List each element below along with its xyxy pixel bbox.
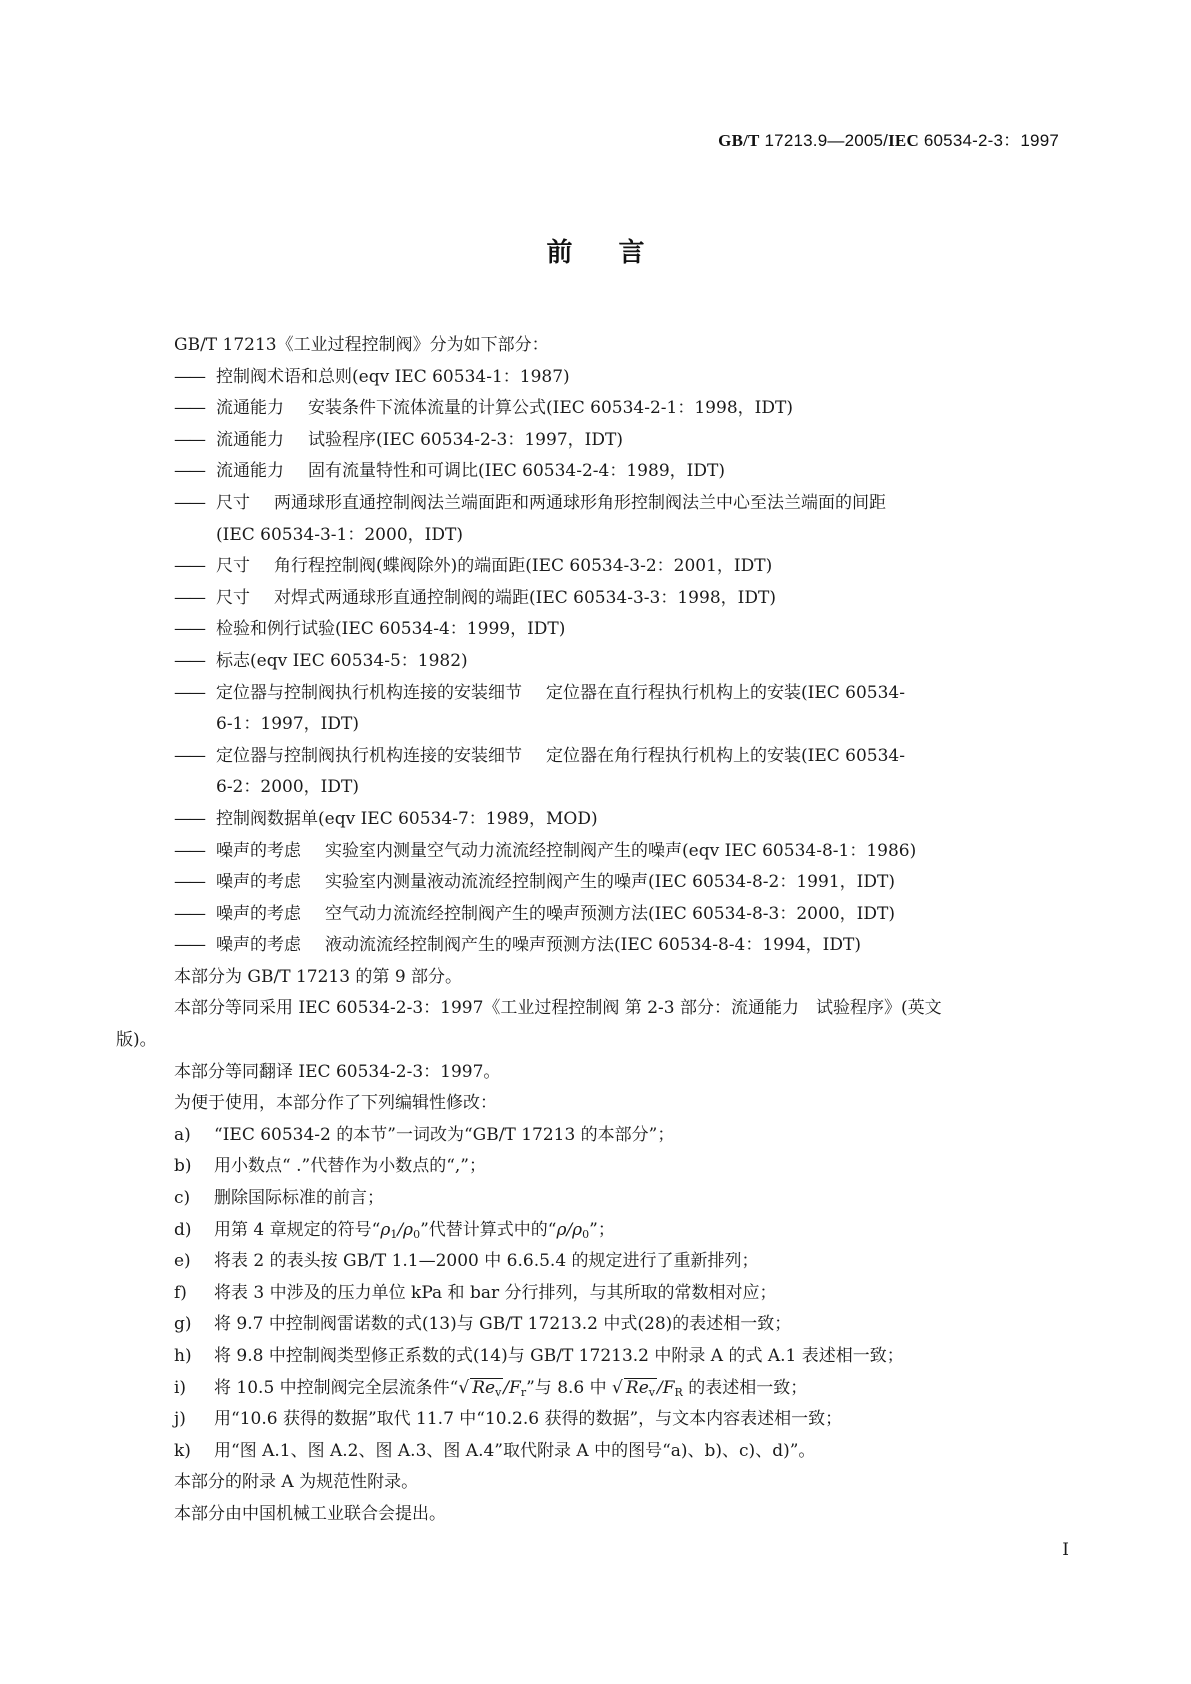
- list-item: ——噪声的考虑空气动力流流经控制阀产生的噪声预测方法(IEC 60534-8-3…: [130, 899, 1060, 931]
- list-item: ——标志(eqv IEC 60534-5：1982): [130, 646, 1060, 678]
- list-item: ——控制阀术语和总则(eqv IEC 60534-1：1987): [130, 362, 1060, 394]
- list-item: ——流通能力安装条件下流体流量的计算公式(IEC 60534-2-1：1998，…: [130, 393, 1060, 425]
- list-item: ——流通能力固有流量特性和可调比(IEC 60534-2-4：1989，IDT): [130, 456, 1060, 488]
- list-item: ——尺寸两通球形直通控制阀法兰端面距和两通球形角形控制阀法兰中心至法兰端面的间距: [130, 488, 1060, 520]
- page-title: 前言: [0, 232, 1191, 269]
- paragraph-annex: 本部分的附录 A 为规范性附录。: [130, 1467, 1060, 1499]
- standard-number-header: GB/T 17213.9—2005/IEC 60534-2-3：1997: [718, 126, 1059, 151]
- edit-item-g: g)将 9.7 中控制阀雷诺数的式(13)与 GB/T 17213.2 中式(2…: [130, 1309, 1060, 1341]
- rho-ratio-symbol: ρ/ρ0: [556, 1220, 589, 1240]
- paragraph-translation: 本部分等同翻译 IEC 60534-2-3：1997。: [130, 1057, 1060, 1089]
- list-item: ——尺寸对焊式两通球形直通控制阀的端距(IEC 60534-3-3：1998，I…: [130, 583, 1060, 615]
- header-part1: 17213.9—2005/: [760, 131, 889, 150]
- paragraph-part-number: 本部分为 GB/T 17213 的第 9 部分。: [130, 962, 1060, 994]
- list-item-continuation: 6-2：2000，IDT): [130, 772, 1060, 804]
- list-item: ——控制阀数据单(eqv IEC 60534-7：1989，MOD): [130, 804, 1060, 836]
- document-page: GB/T 17213.9—2005/IEC 60534-2-3：1997 前言 …: [0, 0, 1191, 1684]
- edit-item-j: j)用“10.6 获得的数据”取代 11.7 中“10.2.6 获得的数据”，与…: [130, 1404, 1060, 1436]
- sqrt-rev-fr-formula: √Rev/Fr: [458, 1378, 526, 1398]
- rho-symbol: ρ1/ρ0: [380, 1220, 420, 1240]
- edit-item-b: b)用小数点“ .”代替作为小数点的“,”；: [130, 1151, 1060, 1183]
- list-item: ——流通能力试验程序(IEC 60534-2-3：1997，IDT): [130, 425, 1060, 457]
- edit-item-f: f)将表 3 中涉及的压力单位 kPa 和 bar 分行排列，与其所取的常数相对…: [130, 1278, 1060, 1310]
- list-item: ——噪声的考虑实验室内测量液动流流经控制阀产生的噪声(IEC 60534-8-2…: [130, 867, 1060, 899]
- list-item: ——检验和例行试验(IEC 60534-4：1999，IDT): [130, 614, 1060, 646]
- edit-item-e: e)将表 2 的表头按 GB/T 1.1—2000 中 6.6.5.4 的规定进…: [130, 1246, 1060, 1278]
- edit-item-c: c)删除国际标准的前言；: [130, 1183, 1060, 1215]
- list-item: ——噪声的考虑实验室内测量空气动力流流经控制阀产生的噪声(eqv IEC 605…: [130, 836, 1060, 868]
- edit-item-i: i)将 10.5 中控制阀完全层流条件“√Rev/Fr”与 8.6 中 √Rev…: [130, 1373, 1060, 1405]
- header-part2: 60534-2-3：1997: [919, 131, 1059, 150]
- list-item: ——定位器与控制阀执行机构连接的安装细节定位器在角行程执行机构上的安装(IEC …: [130, 741, 1060, 773]
- paragraph-adoption-continuation: 版)。: [116, 1025, 1060, 1057]
- edit-item-a: a)“IEC 60534-2 的本节”一词改为“GB/T 17213 的本部分”…: [130, 1120, 1060, 1152]
- edit-item-h: h)将 9.8 中控制阀类型修正系数的式(14)与 GB/T 17213.2 中…: [130, 1341, 1060, 1373]
- foreword-body: GB/T 17213《工业过程控制阀》分为如下部分： ——控制阀术语和总则(eq…: [130, 330, 1060, 1531]
- list-item-continuation: 6-1：1997，IDT): [130, 709, 1060, 741]
- header-gbt: GB/T: [718, 131, 759, 150]
- sqrt-rev-fR-formula: √Rev/FR: [612, 1378, 683, 1398]
- list-item-continuation: (IEC 60534-3-1：2000，IDT): [130, 520, 1060, 552]
- list-item: ——定位器与控制阀执行机构连接的安装细节定位器在直行程执行机构上的安装(IEC …: [130, 678, 1060, 710]
- page-number: I: [1062, 1540, 1069, 1560]
- paragraph-adoption: 本部分等同采用 IEC 60534-2-3：1997《工业过程控制阀 第 2-3…: [130, 993, 1060, 1025]
- intro-line: GB/T 17213《工业过程控制阀》分为如下部分：: [130, 330, 1060, 362]
- paragraph-edits-intro: 为便于使用，本部分作了下列编辑性修改：: [130, 1088, 1060, 1120]
- edit-item-k: k)用“图 A.1、图 A.2、图 A.3、图 A.4”取代附录 A 中的图号“…: [130, 1436, 1060, 1468]
- header-iec: IEC: [888, 131, 919, 150]
- list-item: ——尺寸角行程控制阀(蝶阀除外)的端面距(IEC 60534-3-2：2001，…: [130, 551, 1060, 583]
- list-item: ——噪声的考虑液动流流经控制阀产生的噪声预测方法(IEC 60534-8-4：1…: [130, 930, 1060, 962]
- edit-item-d: d)用第 4 章规定的符号“ρ1/ρ0”代替计算式中的“ρ/ρ0”；: [130, 1215, 1060, 1247]
- paragraph-proposer: 本部分由中国机械工业联合会提出。: [130, 1499, 1060, 1531]
